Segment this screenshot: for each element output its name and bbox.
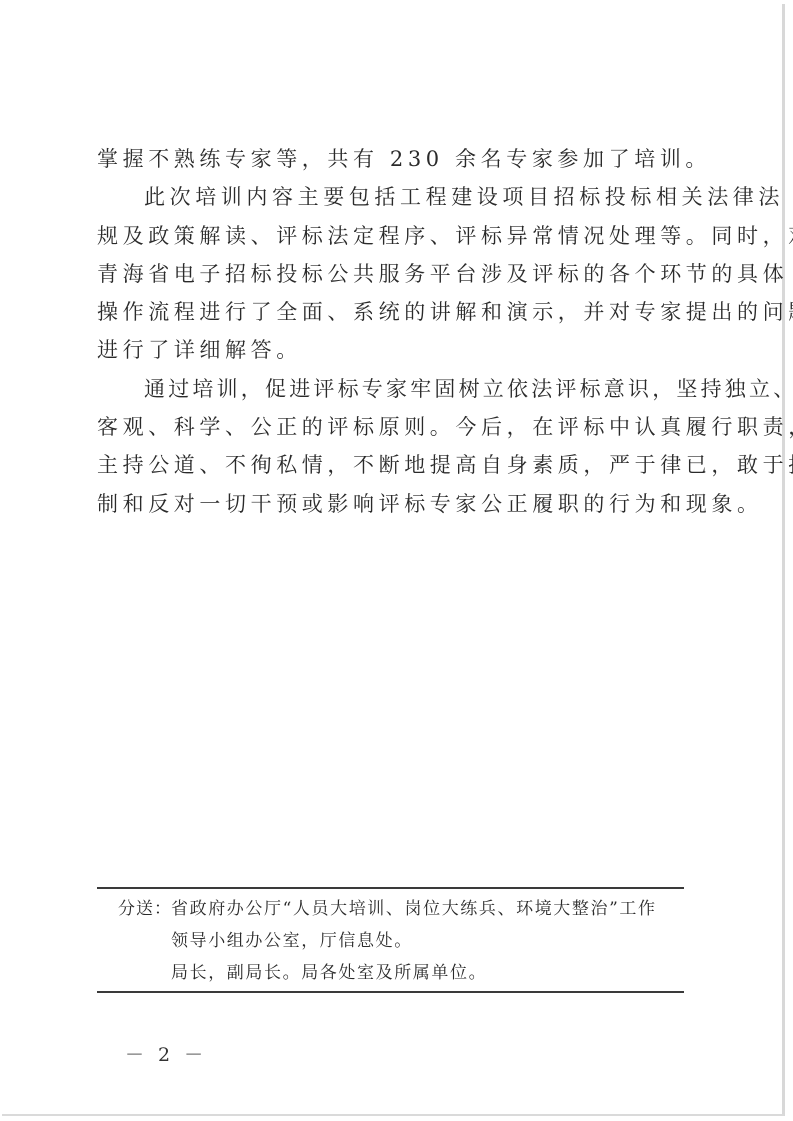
distribution-recipients: 省政府办公厅“人员大培训、岗位大练兵、环境大整治”工作 [171,899,657,919]
body-line: 操作流程进行了全面、系统的讲解和演示，并对专家提出的问题 [97,293,687,331]
body-line: 掌握不熟练专家等，共有 230 余名专家参加了培训。 [97,140,687,178]
distribution-label: 分送： [118,893,171,925]
body-line: 青海省电子招标投标公共服务平台涉及评标的各个环节的具体 [97,255,687,293]
distribution-row: 领导小组办公室，厅信息处。 [118,925,688,957]
distribution-row: 局长，副局长。局各处室及所属单位。 [118,957,688,989]
body-line: 主持公道、不徇私情，不断地提高自身素质，严于律已，敢于抵 [97,446,687,484]
body-line: 制和反对一切干预或影响评标专家公正履职的行为和现象。 [97,485,687,523]
document-body: 掌握不熟练专家等，共有 230 余名专家参加了培训。 此次培训内容主要包括工程建… [97,140,687,523]
page-number: － 2 － [125,1040,207,1067]
distribution-top-rule [97,887,684,889]
body-line: 进行了详细解答。 [97,331,687,369]
body-line: 此次培训内容主要包括工程建设项目招标投标相关法律法 [97,178,687,216]
page-edge-bottom [2,1114,784,1116]
body-line: 客观、科学、公正的评标原则。今后，在评标中认真履行职责， [97,408,687,446]
body-line: 规及政策解读、评标法定程序、评标异常情况处理等。同时，对 [97,217,687,255]
distribution-list: 分送：省政府办公厅“人员大培训、岗位大练兵、环境大整治”工作 领导小组办公室，厅… [118,893,688,989]
body-line: 通过培训，促进评标专家牢固树立依法评标意识，坚持独立、 [97,370,687,408]
page-edge-right [782,4,785,1116]
distribution-bottom-rule [97,991,684,993]
distribution-row: 分送：省政府办公厅“人员大培训、岗位大练兵、环境大整治”工作 [118,893,688,925]
